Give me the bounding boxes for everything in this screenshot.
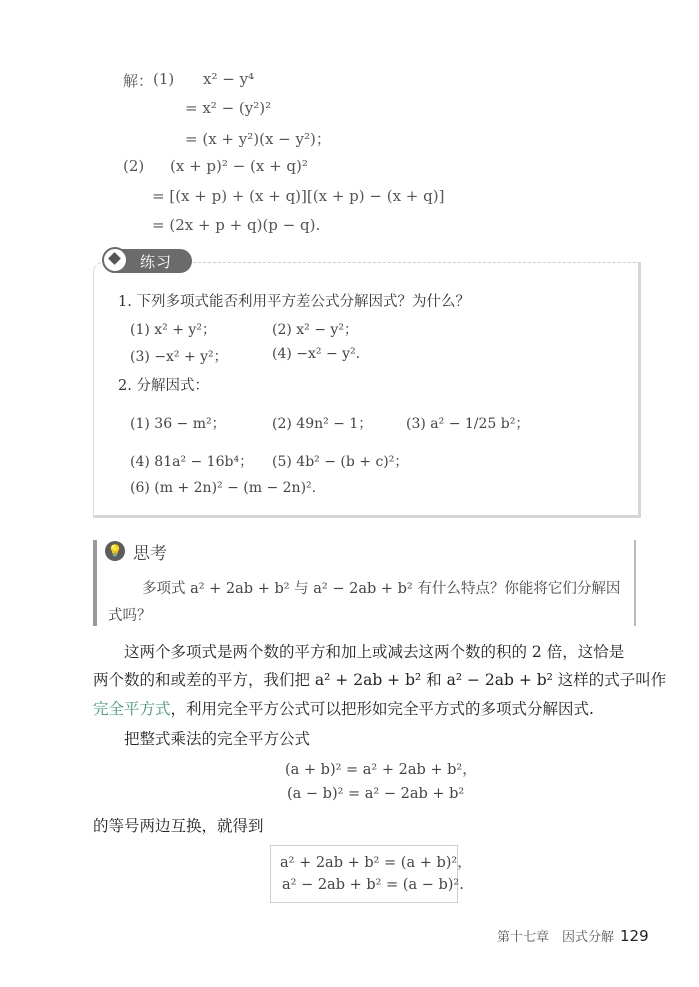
think-text: 多项式 a² + 2ab + b² 与 a² − 2ab + b² 有什么特点？… (142, 577, 620, 598)
q1-item: (1) x² + y²； (130, 319, 216, 339)
solution-line: = (x + y²)(x − y²)； (185, 128, 331, 149)
solution-part2-label: (2) (123, 157, 144, 175)
q2-item: (3) a² − 1/25 b²； (406, 413, 529, 433)
question-2: 2. 分解因式： (118, 374, 209, 395)
formula: a² + 2ab + b² = (a + b)²， (280, 851, 472, 872)
practice-tag: 练习 (104, 249, 192, 273)
question-1: 1. 下列多项式能否利用平方差公式分解因式？为什么？ (118, 290, 470, 311)
formula: (a + b)² = a² + 2ab + b²， (285, 758, 477, 779)
page-number: 129 (620, 927, 649, 945)
think-text: 式吗？ (108, 604, 152, 625)
q1-item: (2) x² − y²； (272, 319, 358, 339)
paragraph: 两个数的和或差的平方，我们把 a² + 2ab + b² 和 a² − 2ab … (93, 668, 666, 690)
q1-item: (3) −x² + y²； (130, 346, 228, 366)
practice-title: 练习 (140, 251, 172, 272)
q2-item: (5) 4b² − (b + c)²； (272, 451, 408, 471)
solution-label: 解： (123, 70, 153, 91)
solution-line: (x + p)² − (x + q)² (170, 157, 308, 175)
solution-part1-label: (1) (153, 70, 174, 88)
paragraph: ，利用完全平方公式可以把形如完全平方式的多项式分解因式. (171, 700, 594, 718)
solution-line: = [(x + p) + (x + q)][(x + p) − (x + q)] (152, 187, 444, 205)
formula: (a − b)² = a² − 2ab + b² (287, 786, 464, 802)
q2-item: (2) 49n² − 1； (272, 413, 372, 433)
solution-line: = x² − (y²)² (185, 99, 271, 117)
paragraph: 的等号两边互换，就得到 (93, 814, 264, 836)
q1-item: (4) −x² − y². (272, 346, 360, 362)
pencil-icon (102, 247, 128, 273)
paragraph: 把整式乘法的完全平方公式 (124, 727, 310, 749)
key-term: 完全平方式 (93, 700, 171, 718)
think-title: 思考 (133, 539, 167, 564)
solution-line: x² − y⁴ (203, 70, 254, 88)
chapter-title: 第十七章 因式分解 (497, 930, 614, 945)
page-footer: 第十七章 因式分解129 (497, 926, 649, 945)
solution-line: = (2x + p + q)(p − q). (152, 216, 320, 234)
paragraph: 这两个多项式是两个数的平方和加上或减去这两个数的积的 2 倍，这恰是 (124, 640, 624, 662)
q2-item: (4) 81a² − 16b⁴； (130, 451, 253, 471)
q2-item: (1) 36 − m²； (130, 413, 226, 433)
formula: a² − 2ab + b² = (a − b)². (282, 877, 464, 893)
q2-item: (6) (m + 2n)² − (m − 2n)². (130, 480, 316, 496)
think-left-bar (93, 540, 97, 626)
lightbulb-icon: 💡 (105, 541, 125, 561)
think-right-bar (634, 540, 636, 626)
